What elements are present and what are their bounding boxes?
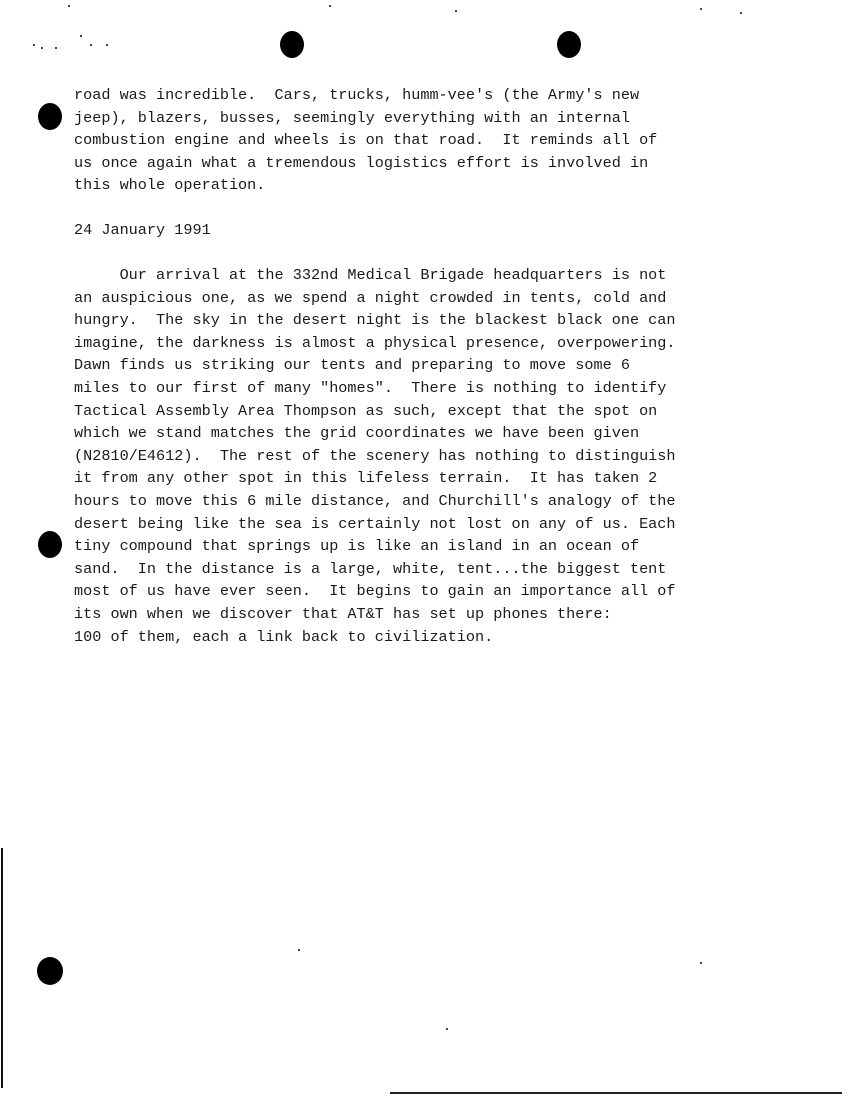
- text-line: hungry. The sky in the desert night is t…: [74, 309, 676, 332]
- text-line: Our arrival at the 332nd Medical Brigade…: [74, 264, 676, 287]
- text-line: imagine, the darkness is almost a physic…: [74, 332, 676, 355]
- text-line: most of us have ever seen. It begins to …: [74, 580, 676, 603]
- text-line: its own when we discover that AT&T has s…: [74, 603, 676, 626]
- text-line: hours to move this 6 mile distance, and …: [74, 490, 676, 513]
- date-heading: 24 January 1991: [74, 219, 211, 242]
- scanned-document-page: road was incredible. Cars, trucks, humm-…: [0, 0, 850, 1099]
- scan-speck: [446, 1028, 448, 1030]
- punch-hole-top-left: [280, 31, 304, 58]
- punch-hole-left-upper: [38, 103, 62, 130]
- scan-speck: [455, 10, 457, 12]
- text-line: combustion engine and wheels is on that …: [74, 129, 657, 152]
- main-paragraph: Our arrival at the 332nd Medical Brigade…: [74, 264, 676, 648]
- scan-speck: [41, 47, 43, 49]
- scan-edge-bottom: [390, 1092, 842, 1094]
- scan-speck: [700, 8, 702, 10]
- top-paragraph: road was incredible. Cars, trucks, humm-…: [74, 84, 657, 197]
- scan-speck: [700, 962, 702, 964]
- scan-speck: [68, 5, 70, 7]
- scan-speck: [329, 5, 331, 7]
- punch-hole-left-lower: [37, 957, 63, 985]
- text-line: this whole operation.: [74, 174, 657, 197]
- text-line: desert being like the sea is certainly n…: [74, 513, 676, 536]
- text-line: (N2810/E4612). The rest of the scenery h…: [74, 445, 676, 468]
- text-line: us once again what a tremendous logistic…: [74, 152, 657, 175]
- text-line: an auspicious one, as we spend a night c…: [74, 287, 676, 310]
- scan-speck: [740, 12, 742, 14]
- date-heading-block: 24 January 1991: [74, 219, 211, 242]
- scan-edge-left: [1, 848, 3, 1088]
- scan-speck: [106, 44, 108, 46]
- text-line: 100 of them, each a link back to civiliz…: [74, 626, 676, 649]
- scan-speck: [90, 44, 92, 46]
- text-line: miles to our first of many "homes". Ther…: [74, 377, 676, 400]
- text-line: it from any other spot in this lifeless …: [74, 467, 676, 490]
- text-line: road was incredible. Cars, trucks, humm-…: [74, 84, 657, 107]
- scan-speck: [80, 35, 82, 37]
- scan-speck: [55, 47, 57, 49]
- scan-speck: [298, 949, 300, 951]
- text-line: jeep), blazers, busses, seemingly everyt…: [74, 107, 657, 130]
- punch-hole-left-middle: [38, 531, 62, 558]
- text-line: which we stand matches the grid coordina…: [74, 422, 676, 445]
- text-line: Dawn finds us striking our tents and pre…: [74, 354, 676, 377]
- text-line: tiny compound that springs up is like an…: [74, 535, 676, 558]
- scan-speck: [33, 44, 35, 46]
- punch-hole-top-right: [557, 31, 581, 58]
- text-line: sand. In the distance is a large, white,…: [74, 558, 676, 581]
- text-line: Tactical Assembly Area Thompson as such,…: [74, 400, 676, 423]
